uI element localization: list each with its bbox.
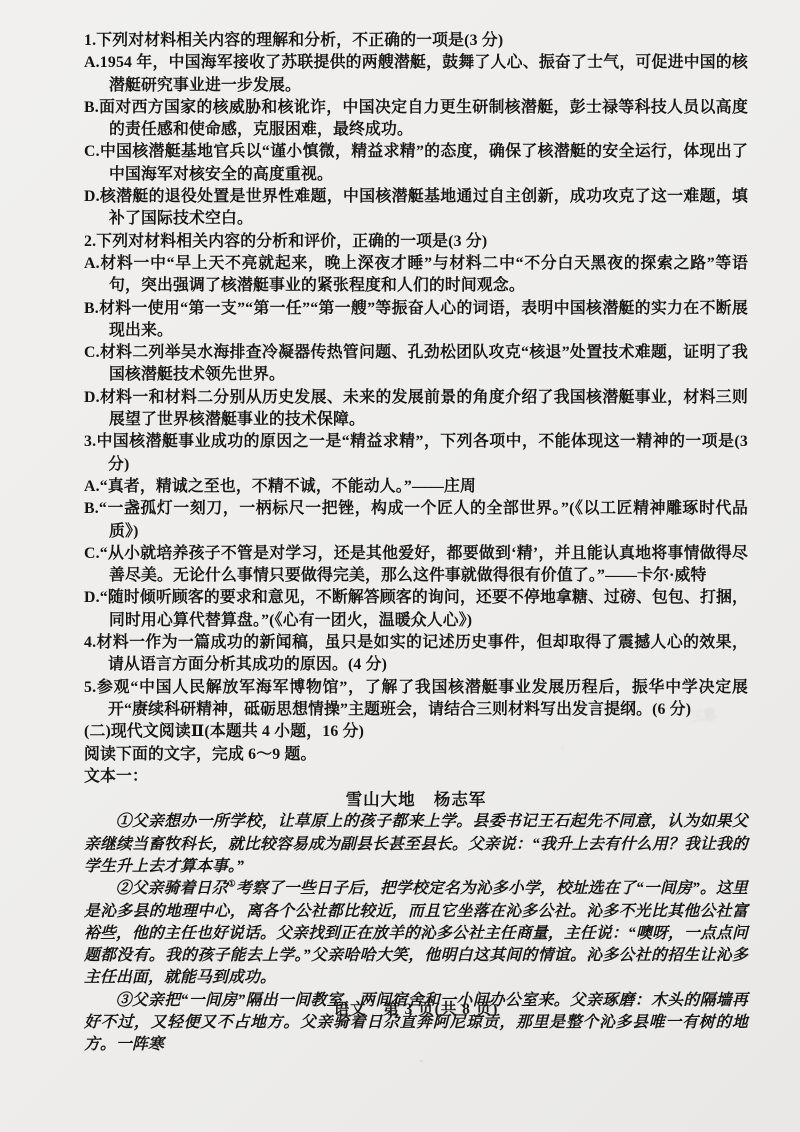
question-3-stem: 3.中国核潜艇事业成功的原因之一是“精益求精”，下列各项中，不能体现这一精神的一…	[84, 431, 748, 476]
question-3-option-d: D.“随时倾听顾客的要求和意见，不断解答顾客的询问，还要不停地拿糖、过磅、包包、…	[84, 587, 748, 632]
scan-speck	[420, 1060, 423, 1062]
exam-content: 1.下列对材料相关内容的理解和分析，不正确的一项是(3 分) A.1954 年，…	[84, 30, 748, 1057]
question-1-option-c: C.中国核潜艇基地官兵以“谨小慎微，精益求精”的态度，确保了核潜艇的安全运行，体…	[84, 141, 748, 186]
passage-paragraph-2: ②父亲骑着日尕①考察了一些日子后，把学校定名为沁多小学，校址选在了“一间房”。这…	[84, 878, 748, 989]
passage-title: 雪山大地	[346, 790, 416, 809]
section-2-heading: (二)现代文阅读Ⅱ(本题共 4 小题，16 分)	[84, 721, 748, 743]
text-one-label: 文本一：	[84, 766, 748, 788]
question-5-stem: 5.参观“中国人民解放军海军博物馆”，了解了我国核潜艇事业发展历程后，振华中学决…	[84, 677, 748, 722]
question-3-option-a: A.“真者，精诚之至也，不精不诚，不能动人。”——庄周	[84, 476, 748, 498]
question-1-option-b: B.面对西方国家的核威胁和核讹诈，中国决定自力更生研制核潜艇，彭士禄等科技人员以…	[84, 97, 748, 142]
passage-paragraph-1: ①父亲想办一所学校，让草原上的孩子都来上学。县委书记王石起先不同意，认为如果父亲…	[84, 811, 748, 878]
passage-author: 杨志军	[434, 790, 487, 809]
question-2-option-d: D.材料一和材料二分别从历史发展、未来的发展前景的角度介绍了我国核潜艇事业，材料…	[84, 387, 748, 432]
question-2-option-b: B.材料一使用“第一支”“第一任”“第一艘”等振奋人心的词语，表明中国核潜艇的实…	[84, 298, 748, 343]
question-2-option-c: C.材料二列举吴水海排查冷凝器传热管问题、孔劲松团队攻克“核退”处置技术难题，证…	[84, 342, 748, 387]
question-3-option-b: B.“一盏孤灯一刻刀，一柄标尺一把锉，构成一个匠人的全部世界。”(《以工匠精神雕…	[84, 498, 748, 543]
page-footer: 语文 第 3 页(共 8 页)	[84, 997, 748, 1019]
scan-speck	[180, 420, 183, 423]
question-1-option-d: D.核潜艇的退役处置是世界性难题，中国核潜艇基地通过自主创新，成功攻克了这一难题…	[84, 186, 748, 231]
question-1-stem: 1.下列对材料相关内容的理解和分析，不正确的一项是(3 分)	[84, 30, 748, 52]
question-4-stem: 4.材料一作为一篇成功的新闻稿，虽只是如实的记述历史事件，但却取得了震撼人心的效…	[84, 632, 748, 677]
paragraph-2-text-start: ②父亲骑着日尕	[116, 880, 228, 897]
reading-instruction: 阅读下面的文字，完成 6～9 题。	[84, 744, 748, 766]
question-3-option-c: C.“从小就培养孩子不管是对学习，还是其他爱好，都要做到‘精’，并且能认真地将事…	[84, 543, 748, 588]
exam-page: 1.下列对材料相关内容的理解和分析，不正确的一项是(3 分) A.1954 年，…	[0, 0, 800, 1132]
passage-title-line: 雪山大地杨志军	[84, 789, 748, 811]
scan-speck	[640, 560, 642, 562]
question-2-option-a: A.材料一中“早上天不亮就起来，晚上深夜才睡”与材料二中“不分白天黑夜的探索之路…	[84, 253, 748, 298]
question-1-option-a: A.1954 年，中国海军接收了苏联提供的两艘潜艇，鼓舞了人心、振奋了士气，可促…	[84, 52, 748, 97]
question-2-stem: 2.下列对材料相关内容的分析和评价，正确的一项是(3 分)	[84, 231, 748, 253]
footnote-marker: ①	[228, 879, 236, 889]
